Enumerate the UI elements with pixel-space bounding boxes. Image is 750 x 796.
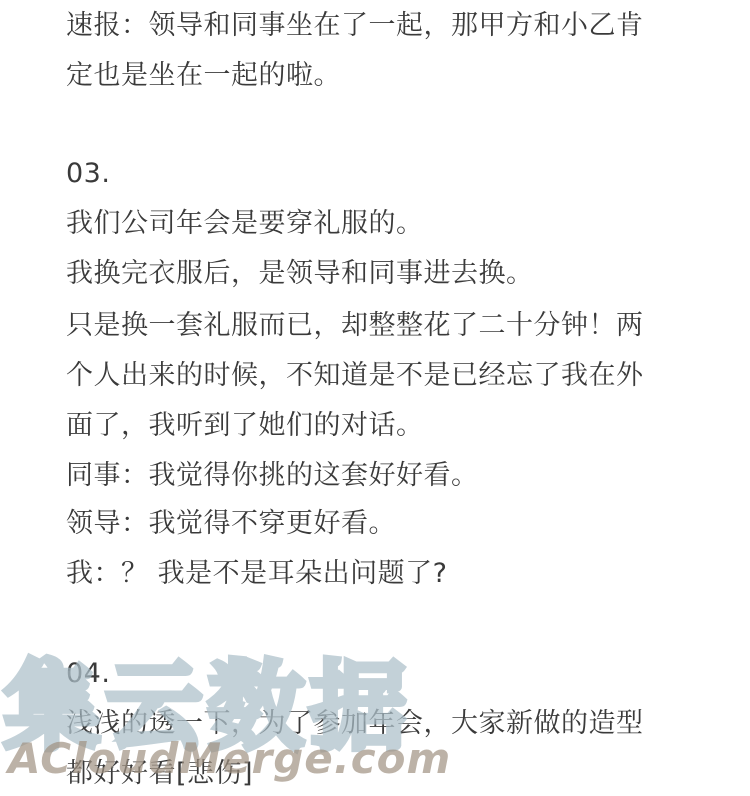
dialogue-line: 我：？ 我是不是耳朵出问题了? (66, 548, 447, 600)
paragraph-line: 只是换一套礼服而已，却整整花了二十分钟！两 (66, 300, 644, 352)
dialogue-line: 领导：我觉得不穿更好看。 (66, 498, 396, 550)
paragraph-line: 面了，我听到了她们的对话。 (66, 400, 424, 452)
section-number: 03. (66, 148, 110, 200)
section-number: 04. (66, 648, 110, 700)
paragraph-line: 都好好看[悲伤] (66, 748, 253, 796)
paragraph-line: 我们公司年会是要穿礼服的。 (66, 198, 424, 250)
paragraph-line: 速报：领导和同事坐在了一起，那甲方和小乙肯 (66, 0, 644, 52)
paragraph-line: 个人出来的时候，不知道是不是已经忘了我在外 (66, 350, 644, 402)
paragraph-line: 浅浅的透一下，为了参加年会，大家新做的造型 (66, 698, 644, 750)
paragraph-line: 定也是坐在一起的啦。 (66, 50, 341, 102)
paragraph-line: 我换完衣服后，是领导和同事进去换。 (66, 248, 534, 300)
dialogue-line: 同事：我觉得你挑的这套好好看。 (66, 450, 479, 502)
